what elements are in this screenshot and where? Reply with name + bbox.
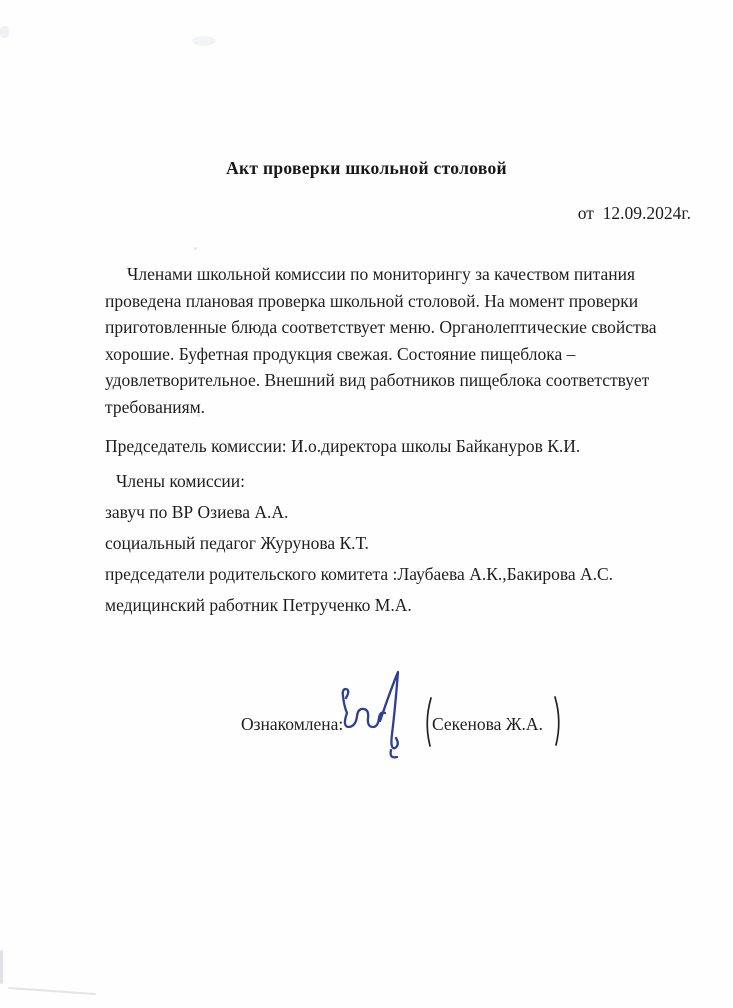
paragraph-line: проведена плановая проверка школьной сто… [105, 288, 680, 315]
handwritten-signature-icon [336, 668, 418, 762]
member-line: завуч по ВР Озиева А.А. [105, 503, 685, 522]
scan-artifact [0, 950, 3, 984]
scan-artifact [197, 414, 200, 417]
scan-artifact [192, 36, 216, 46]
signatory-name: Секенова Ж.А. [432, 714, 543, 735]
members-heading: Члены комиссии: [105, 472, 685, 491]
document-title: Акт проверки школьной столовой [0, 158, 733, 179]
member-line: медицинский работник Петрученко М.А. [105, 596, 685, 615]
paragraph-line: удовлетворительное. Внешний вид работник… [105, 367, 680, 394]
body-paragraph: Членами школьной комиссии по мониторингу… [105, 261, 680, 420]
member-line: социальный педагог Журунова К.Т. [105, 534, 685, 553]
member-line: председатели родительского комитета :Лау… [105, 565, 685, 584]
scan-artifact [194, 247, 197, 250]
paragraph-line: приготовленные блюда соответствует меню.… [105, 314, 680, 341]
scanned-document-page: Акт проверки школьной столовой от 12.09.… [0, 0, 733, 1008]
scan-artifact [0, 26, 9, 38]
document-date: от 12.09.2024г. [578, 203, 691, 224]
paragraph-line: хорошие. Буфетная продукция свежая. Сост… [105, 341, 680, 368]
close-paren-mark [552, 695, 564, 747]
chairman-line: Председатель комиссии: И.о.директора шко… [105, 437, 685, 456]
acknowledgement-label: Ознакомлена: [241, 714, 343, 735]
scan-artifact [8, 987, 96, 995]
paragraph-line: требованиям. [105, 394, 680, 421]
committee-block: Председатель комиссии: И.о.директора шко… [105, 437, 685, 627]
acknowledgement-row: Ознакомлена: Секенова Ж.А. [0, 664, 733, 764]
paragraph-line: Членами школьной комиссии по мониторингу… [105, 261, 680, 288]
